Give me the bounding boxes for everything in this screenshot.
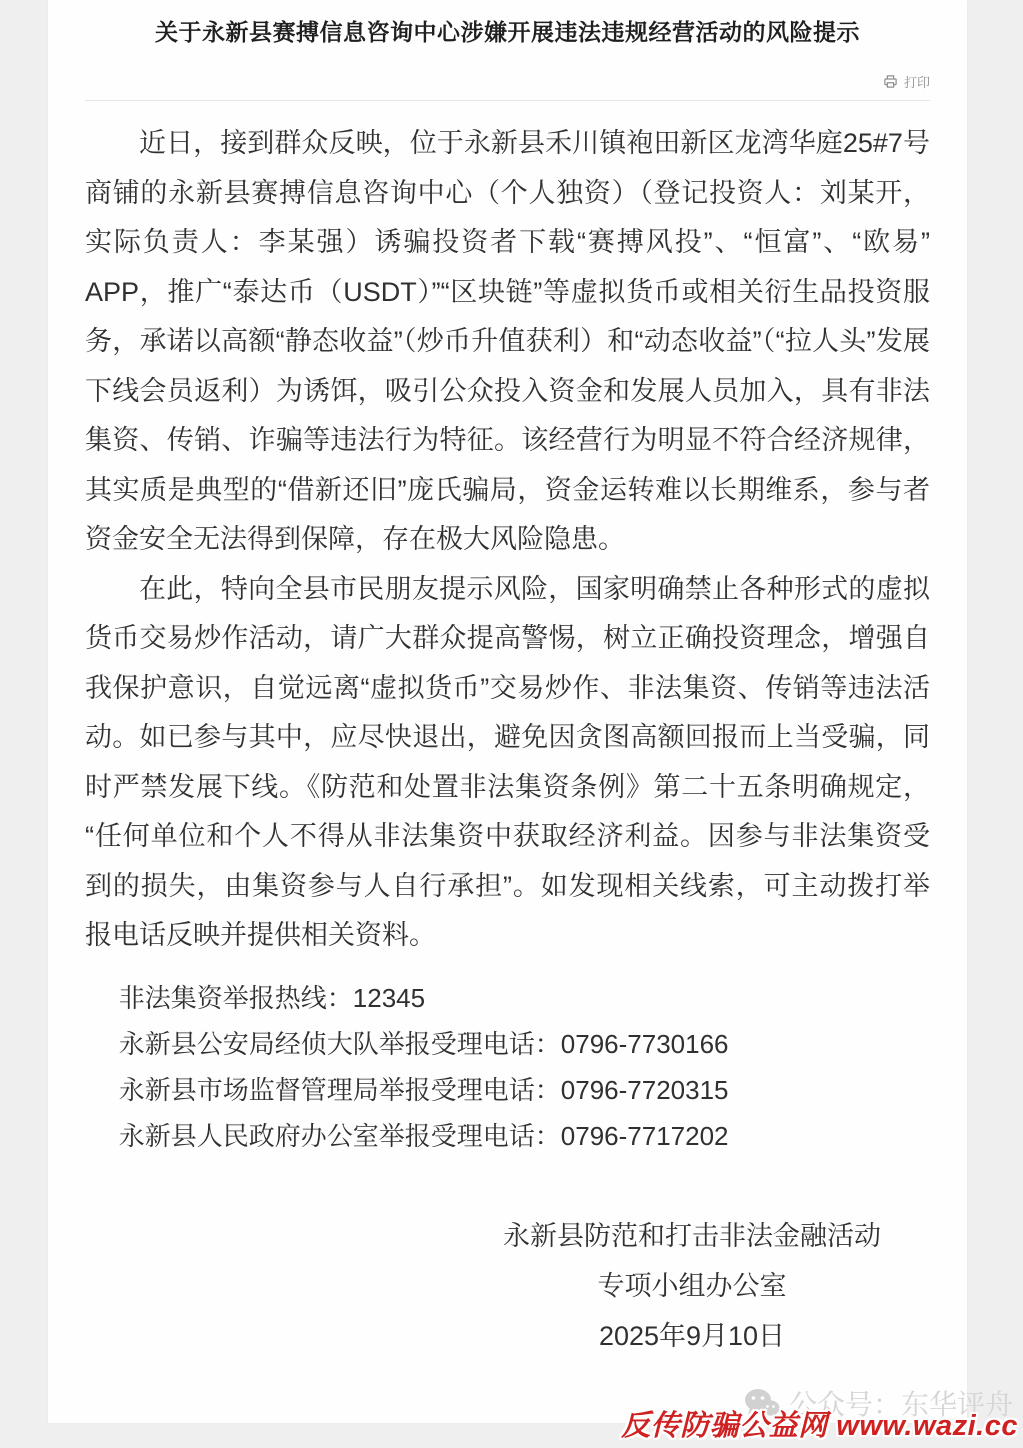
hotline-public-security: 永新县公安局经侦大队举报受理电话：0796-7730166: [85, 1021, 930, 1067]
signature-date: 2025年9月10日: [482, 1311, 902, 1361]
body-paragraph-1: 近日，接到群众反映，位于永新县禾川镇袍田新区龙湾华庭25#7号商铺的永新县赛搏信…: [85, 119, 930, 565]
document-card: 关于永新县赛搏信息咨询中心涉嫌开展违法违规经营活动的风险提示 打印 近日，接到群…: [48, 0, 967, 1423]
signature-block: 永新县防范和打击非法金融活动 专项小组办公室 2025年9月10日: [482, 1211, 902, 1361]
hotline-government-office: 永新县人民政府办公室举报受理电话：0796-7717202: [85, 1113, 930, 1159]
hotline-market-supervision: 永新县市场监督管理局举报受理电话：0796-7720315: [85, 1067, 930, 1113]
signature-org-line1: 永新县防范和打击非法金融活动: [482, 1211, 902, 1261]
print-button-label: 打印: [904, 72, 930, 91]
page-background: { "doc": { "title": "关于永新县赛搏信息咨询中心涉嫌开展违法…: [0, 0, 1023, 1448]
hotline-list: 非法集资举报热线：12345 永新县公安局经侦大队举报受理电话：0796-773…: [85, 975, 930, 1159]
hotline-illegal-fundraising: 非法集资举报热线：12345: [85, 975, 930, 1021]
document-title: 关于永新县赛搏信息咨询中心涉嫌开展违法违规经营活动的风险提示: [85, 0, 930, 48]
print-button[interactable]: 打印: [85, 72, 930, 91]
printer-icon: [883, 74, 898, 89]
body-paragraph-2: 在此，特向全县市民朋友提示风险，国家明确禁止各种形式的虚拟货币交易炒作活动，请广…: [85, 565, 930, 961]
document-body: 近日，接到群众反映，位于永新县禾川镇袍田新区龙湾华庭25#7号商铺的永新县赛搏信…: [85, 119, 930, 961]
site-watermark: 反传防骗公益网 www.wazi.cc: [621, 1403, 1018, 1444]
title-divider: [85, 100, 930, 101]
signature-org-line2: 专项小组办公室: [482, 1261, 902, 1311]
